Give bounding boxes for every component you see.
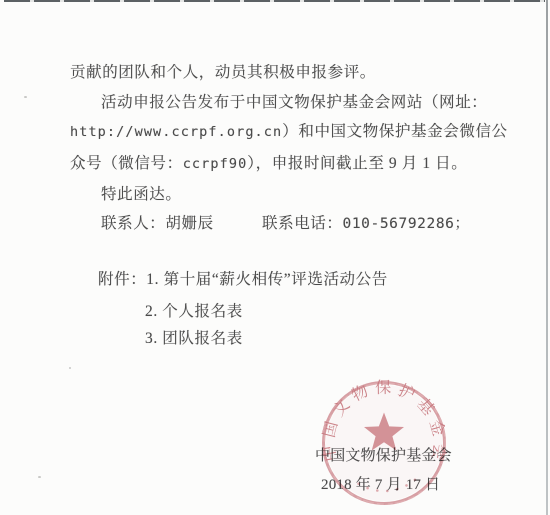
- scan-speck: [24, 96, 27, 98]
- official-seal: 中国文物保护基金会: [305, 368, 465, 515]
- scan-speck: [69, 367, 71, 369]
- url-text: http://www.ccrpf.org.cn: [70, 124, 282, 140]
- attachments-line-3: 3. 团队报名表: [145, 330, 243, 347]
- body-line-1: 贡献的团队和个人，动员其积极申报参评。: [70, 64, 376, 81]
- contact-phone-label: 联系电话：: [262, 215, 343, 232]
- scan-edge-top: [4, 0, 545, 2]
- wechat-id-text: ccrpf90: [183, 156, 248, 172]
- body-line-3-rest: ）和中国文物保护基金会微信公: [282, 123, 507, 140]
- scanned-letter-page: 贡献的团队和个人，动员其积极申报参评。 活动申报公告发布于中国文物保护基金会网站…: [0, 0, 550, 515]
- body-line-4-pre: 众号（微信号：: [70, 155, 183, 172]
- contact-person: 联系人：胡姗辰: [101, 215, 214, 232]
- scan-speck: [38, 476, 41, 478]
- contact-phone-number: 010-56792286；: [343, 216, 470, 232]
- body-line-4: 众号（微信号：ccrpf90），申报时间截止至 9 月 1 日。: [70, 155, 467, 173]
- attachments-line-1: 附件：1. 第十届“薪火相传”评选活动公告: [98, 271, 388, 288]
- contact-phone: 联系电话：010-56792286；: [262, 215, 470, 233]
- scan-edge-right: [546, 0, 548, 515]
- body-line-5: 特此函达。: [101, 186, 182, 203]
- attachments-line-2: 2. 个人报名表: [145, 303, 243, 320]
- body-line-4-post: ），申报时间截止至 9 月 1 日。: [247, 155, 467, 172]
- body-line-3: http://www.ccrpf.org.cn）和中国文物保护基金会微信公: [70, 123, 508, 141]
- body-line-2: 活动申报公告发布于中国文物保护基金会网站（网址：: [101, 94, 487, 111]
